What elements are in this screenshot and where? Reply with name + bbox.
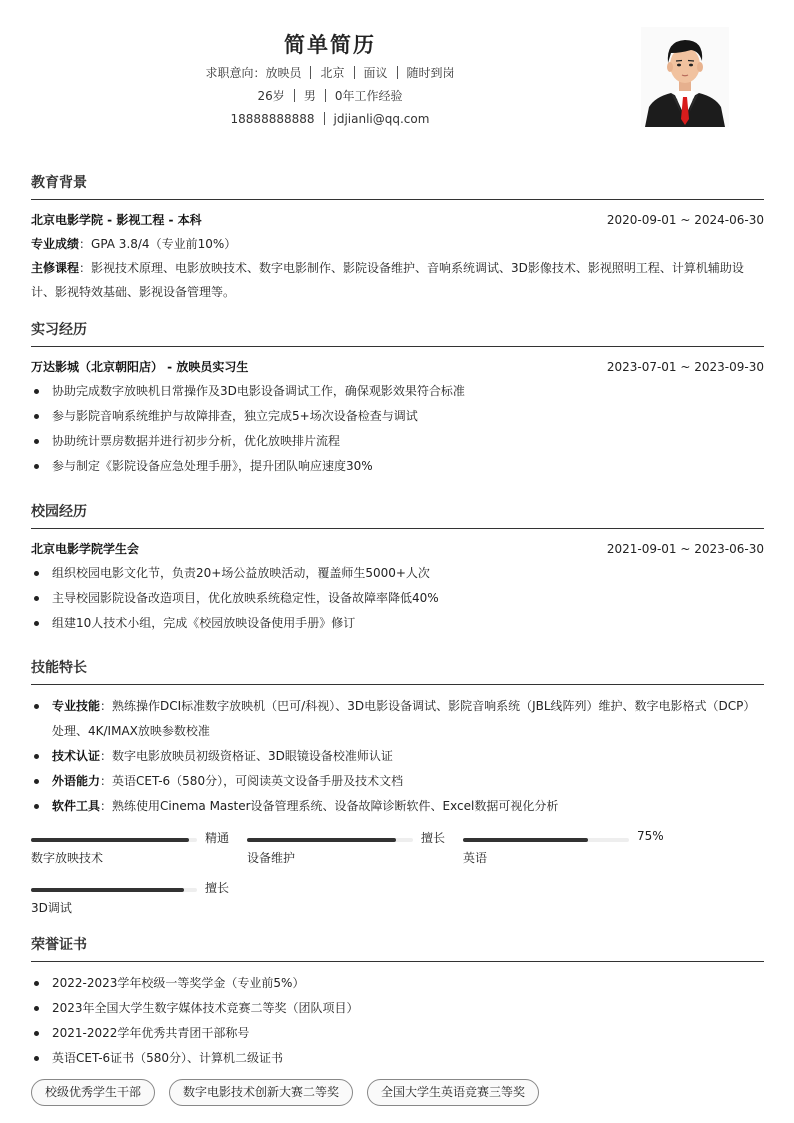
section-title: 实习经历 bbox=[31, 319, 764, 341]
skill-text: ：熟练操作DCI标准数字放映机（巴可/科视）、3D电影设备调试、影院音响系统（J… bbox=[52, 699, 755, 738]
section-divider bbox=[31, 961, 764, 962]
section-title: 技能特长 bbox=[31, 657, 764, 679]
resume-page: 简单简历 求职意向：放映员北京面议随时到岗 26岁男0年工作经验 1888888… bbox=[0, 0, 794, 1123]
skill-bar-3d-debugging: 擅长 3D调试 bbox=[31, 882, 241, 922]
list-item: 组织校园电影文化节，负责20+场公益放映活动，覆盖师生5000+人次 bbox=[31, 561, 764, 586]
skill-name: 数字放映技术 bbox=[31, 849, 103, 866]
section-title: 荣誉证书 bbox=[31, 934, 764, 956]
skill-label: 外语能力 bbox=[52, 774, 100, 788]
list-item: 英语CET-6证书（580分）、计算机二级证书 bbox=[31, 1046, 764, 1071]
intent-label: 求职意向： bbox=[205, 66, 265, 80]
campus-entry-header: 北京电影学院学生会 2021-09-01 ~ 2023-06-30 bbox=[31, 537, 764, 561]
gpa-label: 专业成绩 bbox=[31, 237, 79, 251]
skill-label: 软件工具 bbox=[52, 799, 100, 813]
skill-text: ：英语CET-6（580分），可阅读英文设备手册及技术文档 bbox=[100, 774, 403, 788]
resume-title: 简单简历 bbox=[0, 28, 660, 62]
section-divider bbox=[31, 199, 764, 200]
divider bbox=[310, 66, 311, 79]
section-honors: 荣誉证书 2022-2023学年校级一等奖学金（专业前5%） 2023年全国大学… bbox=[31, 934, 764, 1106]
section-divider bbox=[31, 528, 764, 529]
gpa-line: 专业成绩：GPA 3.8/4（专业前10%） bbox=[31, 232, 764, 256]
skill-label: 技术认证 bbox=[52, 749, 100, 763]
experience: 0年工作经验 bbox=[335, 89, 403, 103]
list-item: 主导校园影院设备改造项目，优化放映系统稳定性，设备故障率降低40% bbox=[31, 586, 764, 611]
progress-track bbox=[247, 838, 413, 842]
avatar-portrait-icon bbox=[641, 27, 729, 127]
progress-fill bbox=[463, 838, 588, 842]
list-item: 技术认证：数字电影放映员初级资格证、3D眼镜设备校准师认证 bbox=[31, 744, 764, 769]
age: 26岁 bbox=[258, 89, 285, 103]
progress-fill bbox=[247, 838, 396, 842]
phone: 18888888888 bbox=[231, 112, 315, 126]
divider bbox=[397, 66, 398, 79]
honor-tag: 全国大学生英语竞赛三等奖 bbox=[367, 1079, 539, 1106]
avatar bbox=[641, 27, 729, 127]
list-item: 参与制定《影院设备应急处理手册》，提升团队响应速度30% bbox=[31, 454, 764, 479]
list-item: 外语能力：英语CET-6（580分），可阅读英文设备手册及技术文档 bbox=[31, 769, 764, 794]
progress-track bbox=[31, 838, 197, 842]
progress-fill bbox=[31, 838, 189, 842]
list-item: 专业技能：熟练操作DCI标准数字放映机（巴可/科视）、3D电影设备调试、影院音响… bbox=[31, 694, 764, 744]
skill-bar-equipment-maintenance: 擅长 设备维护 bbox=[247, 832, 457, 872]
organization: 北京电影学院学生会 bbox=[31, 537, 139, 561]
email[interactable]: jdjianli@qq.com bbox=[334, 112, 430, 126]
skill-level: 擅长 bbox=[205, 879, 229, 896]
section-title: 教育背景 bbox=[31, 172, 764, 194]
skill-level: 擅长 bbox=[421, 829, 445, 846]
divider bbox=[354, 66, 355, 79]
skill-bar-english: 75% 英语 bbox=[463, 832, 673, 872]
internship-entry-header: 万达影城（北京朝阳店） - 放映员实习生 2023-07-01 ~ 2023-0… bbox=[31, 355, 764, 379]
section-internship: 实习经历 万达影城（北京朝阳店） - 放映员实习生 2023-07-01 ~ 2… bbox=[31, 319, 764, 479]
list-item: 参与影院音响系统维护与故障排查，独立完成5+场次设备检查与调试 bbox=[31, 404, 764, 429]
education-entry-header: 北京电影学院 - 影视工程 - 本科 2020-09-01 ~ 2024-06-… bbox=[31, 208, 764, 232]
divider bbox=[294, 89, 295, 102]
courses-label: 主修课程 bbox=[31, 261, 79, 275]
skill-name: 英语 bbox=[463, 849, 487, 866]
job-intent-line: 求职意向：放映员北京面议随时到岗 bbox=[0, 62, 660, 85]
skill-text: ：数字电影放映员初级资格证、3D眼镜设备校准师认证 bbox=[100, 749, 393, 763]
list-item: 2023年全国大学生数字媒体技术竞赛二等奖（团队项目） bbox=[31, 996, 764, 1021]
list-item: 2022-2023学年校级一等奖学金（专业前5%） bbox=[31, 971, 764, 996]
gender: 男 bbox=[304, 89, 316, 103]
honor-tags: 校级优秀学生干部 数字电影技术创新大赛二等奖 全国大学生英语竞赛三等奖 bbox=[31, 1079, 764, 1106]
honor-tag: 校级优秀学生干部 bbox=[31, 1079, 155, 1106]
list-item: 2021-2022学年优秀共青团干部称号 bbox=[31, 1021, 764, 1046]
section-title: 校园经历 bbox=[31, 501, 764, 523]
internship-bullets: 协助完成数字放映机日常操作及3D电影设备调试工作，确保观影效果符合标准 参与影院… bbox=[31, 379, 764, 479]
campus-bullets: 组织校园电影文化节，负责20+场公益放映活动，覆盖师生5000+人次 主导校园影… bbox=[31, 561, 764, 636]
list-item: 协助完成数字放映机日常操作及3D电影设备调试工作，确保观影效果符合标准 bbox=[31, 379, 764, 404]
progress-track bbox=[463, 838, 629, 842]
skill-level: 75% bbox=[637, 829, 664, 843]
progress-track bbox=[31, 888, 197, 892]
skill-name: 3D调试 bbox=[31, 899, 72, 916]
date-range: 2021-09-01 ~ 2023-06-30 bbox=[607, 537, 764, 561]
company-role: 万达影城（北京朝阳店） - 放映员实习生 bbox=[31, 355, 248, 379]
intent-salary: 面议 bbox=[364, 66, 388, 80]
list-item: 软件工具：熟练使用Cinema Master设备管理系统、设备故障诊断软件、Ex… bbox=[31, 794, 764, 819]
intent-availability: 随时到岗 bbox=[407, 66, 455, 80]
skill-bar-digital-projection: 精通 数字放映技术 bbox=[31, 832, 241, 872]
date-range: 2020-09-01 ~ 2024-06-30 bbox=[607, 208, 764, 232]
contact-line: 18888888888jdjianli@qq.com bbox=[0, 108, 660, 131]
school-major-degree: 北京电影学院 - 影视工程 - 本科 bbox=[31, 208, 202, 232]
skill-bars: 精通 数字放映技术 擅长 设备维护 75% 英语 擅长 3D调试 bbox=[31, 832, 764, 922]
gpa-value: ：GPA 3.8/4（专业前10%） bbox=[79, 237, 236, 251]
divider bbox=[325, 89, 326, 102]
basic-info-line: 26岁男0年工作经验 bbox=[0, 85, 660, 108]
skill-text: ：熟练使用Cinema Master设备管理系统、设备故障诊断软件、Excel数… bbox=[100, 799, 558, 813]
list-item: 组建10人技术小组，完成《校园放映设备使用手册》修订 bbox=[31, 611, 764, 636]
honor-tag: 数字电影技术创新大赛二等奖 bbox=[169, 1079, 353, 1106]
courses-value: ：影视技术原理、电影放映技术、数字电影制作、影院设备维护、音响系统调试、3D影像… bbox=[31, 261, 744, 299]
divider bbox=[324, 112, 325, 125]
courses-line: 主修课程：影视技术原理、电影放映技术、数字电影制作、影院设备维护、音响系统调试、… bbox=[31, 256, 764, 304]
progress-fill bbox=[31, 888, 184, 892]
section-skills: 技能特长 专业技能：熟练操作DCI标准数字放映机（巴可/科视）、3D电影设备调试… bbox=[31, 657, 764, 922]
section-divider bbox=[31, 684, 764, 685]
list-item: 协助统计票房数据并进行初步分析，优化放映排片流程 bbox=[31, 429, 764, 454]
date-range: 2023-07-01 ~ 2023-09-30 bbox=[607, 355, 764, 379]
intent-position: 放映员 bbox=[265, 66, 301, 80]
section-education: 教育背景 北京电影学院 - 影视工程 - 本科 2020-09-01 ~ 202… bbox=[31, 172, 764, 304]
skills-bullets: 专业技能：熟练操作DCI标准数字放映机（巴可/科视）、3D电影设备调试、影院音响… bbox=[31, 694, 764, 819]
skill-label: 专业技能 bbox=[52, 699, 100, 713]
section-campus: 校园经历 北京电影学院学生会 2021-09-01 ~ 2023-06-30 组… bbox=[31, 501, 764, 636]
skill-name: 设备维护 bbox=[247, 849, 295, 866]
intent-city: 北京 bbox=[320, 66, 344, 80]
honors-bullets: 2022-2023学年校级一等奖学金（专业前5%） 2023年全国大学生数字媒体… bbox=[31, 971, 764, 1071]
section-divider bbox=[31, 346, 764, 347]
resume-header: 简单简历 求职意向：放映员北京面议随时到岗 26岁男0年工作经验 1888888… bbox=[0, 28, 660, 131]
skill-level: 精通 bbox=[205, 829, 229, 846]
